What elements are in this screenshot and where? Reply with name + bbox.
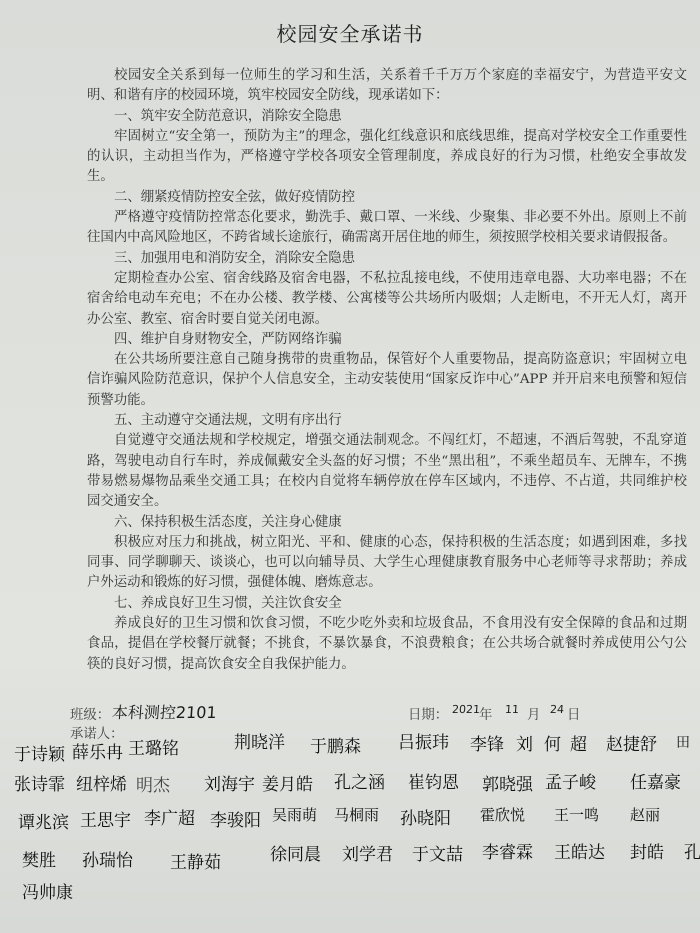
date-month-unit: 月: [527, 704, 540, 723]
signature: 李睿霖: [482, 838, 533, 863]
signature: 刘海宇: [204, 770, 255, 795]
section-heading-4: 四、维护自身财物安全，严防网络诈骗: [87, 330, 687, 350]
signature: 孟子峻: [545, 768, 596, 793]
signature: 郭晓强: [482, 770, 533, 795]
date-label: 日期：: [408, 704, 448, 723]
date-day: 24: [550, 703, 565, 716]
signature: 李骏阳: [210, 806, 261, 831]
section-heading-2: 二、绷紧疫情防控安全弦，做好疫情防控: [87, 188, 687, 208]
section-heading-6: 六、保持积极生活态度，关注身心健康: [87, 513, 687, 533]
date-year: 2021: [452, 703, 481, 716]
signature: 冯帅康: [22, 878, 73, 903]
signature: 荆晓洋: [234, 728, 285, 753]
signature: 吕振玮: [398, 728, 449, 753]
signature: 于诗颖: [14, 740, 65, 765]
signature: 于鹏森: [310, 732, 361, 757]
signature: 张诗霏: [14, 770, 65, 795]
section-text-3: 定期检查办公室、宿舍线路及宿舍电器，不私拉乱接电线，不使用违章电器、大功率电器；…: [87, 269, 687, 330]
document-page: 校园安全承诺书 校园安全关系到每一位师生的学习和生活，关系着千千万万个家庭的幸福…: [0, 0, 700, 933]
section-text-6: 积极应对压力和挑战，树立阳光、平和、健康的心态，保持积极的生活态度；如遇到困难，…: [87, 533, 687, 594]
signature: 孙瑞怡: [82, 846, 133, 871]
signature: 徐同晨: [270, 840, 321, 865]
signature: 纽梓烯: [76, 770, 127, 795]
signature: 王璐铭: [128, 734, 179, 759]
signature: 田: [676, 732, 690, 752]
document-body: 校园安全关系到每一位师生的学习和生活，关系着千千万万个家庭的幸福安宁，为营造平安…: [87, 66, 687, 675]
signature: 王思宇: [80, 806, 131, 831]
signature: 吴雨萌: [272, 804, 317, 825]
signature: 赵丽: [630, 804, 660, 825]
class-label: 班级：: [70, 704, 110, 723]
document-title: 校园安全承诺书: [0, 18, 700, 47]
signature: 孔: [684, 838, 700, 863]
section-text-7: 养成良好的卫生习惯和饮食习惯，不吃少吃外卖和垃圾食品，不食用没有安全保障的食品和…: [87, 614, 687, 675]
intro-paragraph: 校园安全关系到每一位师生的学习和生活，关系着千千万万个家庭的幸福安宁，为营造平安…: [87, 66, 687, 107]
section-text-4: 在公共场所要注意自己随身携带的贵重物品，保管好个人重要物品，提高防盗意识；牢固树…: [87, 350, 687, 411]
class-value: 本科测控2101: [111, 700, 217, 723]
signature: 霍欣悦: [480, 804, 525, 825]
signature: 崔钧恩: [408, 768, 459, 793]
signature: 樊胜: [22, 846, 56, 871]
section-text-5: 自觉遵守交通法规和学校规定，增强交通法制观念。不闯红灯，不超速，不酒后驾驶，不乱…: [87, 431, 687, 512]
signature: 封皓: [630, 838, 664, 863]
signature: 李锋: [470, 730, 504, 755]
section-heading-5: 五、主动遵守交通法规，文明有序出行: [87, 411, 687, 431]
signature: 马桐雨: [334, 804, 379, 825]
signature: 刘: [516, 730, 533, 755]
signature: 薛乐冉: [72, 738, 123, 763]
signature: 王一鸣: [554, 804, 599, 825]
signature: 姜月皓: [262, 770, 313, 795]
signature: 孔之涵: [334, 768, 385, 793]
signature: 于文喆: [412, 840, 463, 865]
section-heading-3: 三、加强用电和消防安全，消除安全隐患: [87, 249, 687, 269]
signature: 王静茹: [170, 848, 221, 873]
date-year-unit: 年: [479, 704, 492, 723]
signature: 超: [570, 730, 587, 755]
section-heading-1: 一、筑牢安全防范意识，消除安全隐患: [87, 107, 687, 127]
signature: 李广超: [144, 804, 195, 829]
signature: 孙晓阳: [400, 804, 451, 829]
signature: 刘学君: [342, 840, 393, 865]
signature: 任嘉豪: [630, 768, 681, 793]
section-heading-7: 七、养成良好卫生习惯，关注饮食安全: [87, 594, 687, 614]
date-month: 11: [505, 703, 520, 716]
section-text-1: 牢固树立“安全第一，预防为主”的理念，强化红线意识和底线思维，提高对学校安全工作…: [87, 127, 687, 188]
signature: 明杰: [136, 771, 170, 796]
signature: 何: [544, 730, 561, 755]
signature: 谭兆滨: [18, 808, 69, 833]
section-text-2: 严格遵守疫情防控常态化要求，勤洗手、戴口罩、一米线、少聚集、非必要不外出。原则上…: [87, 208, 687, 249]
signature: 王皓达: [554, 838, 605, 863]
date-day-unit: 日: [567, 704, 580, 723]
signature: 赵捷舒: [606, 730, 657, 755]
